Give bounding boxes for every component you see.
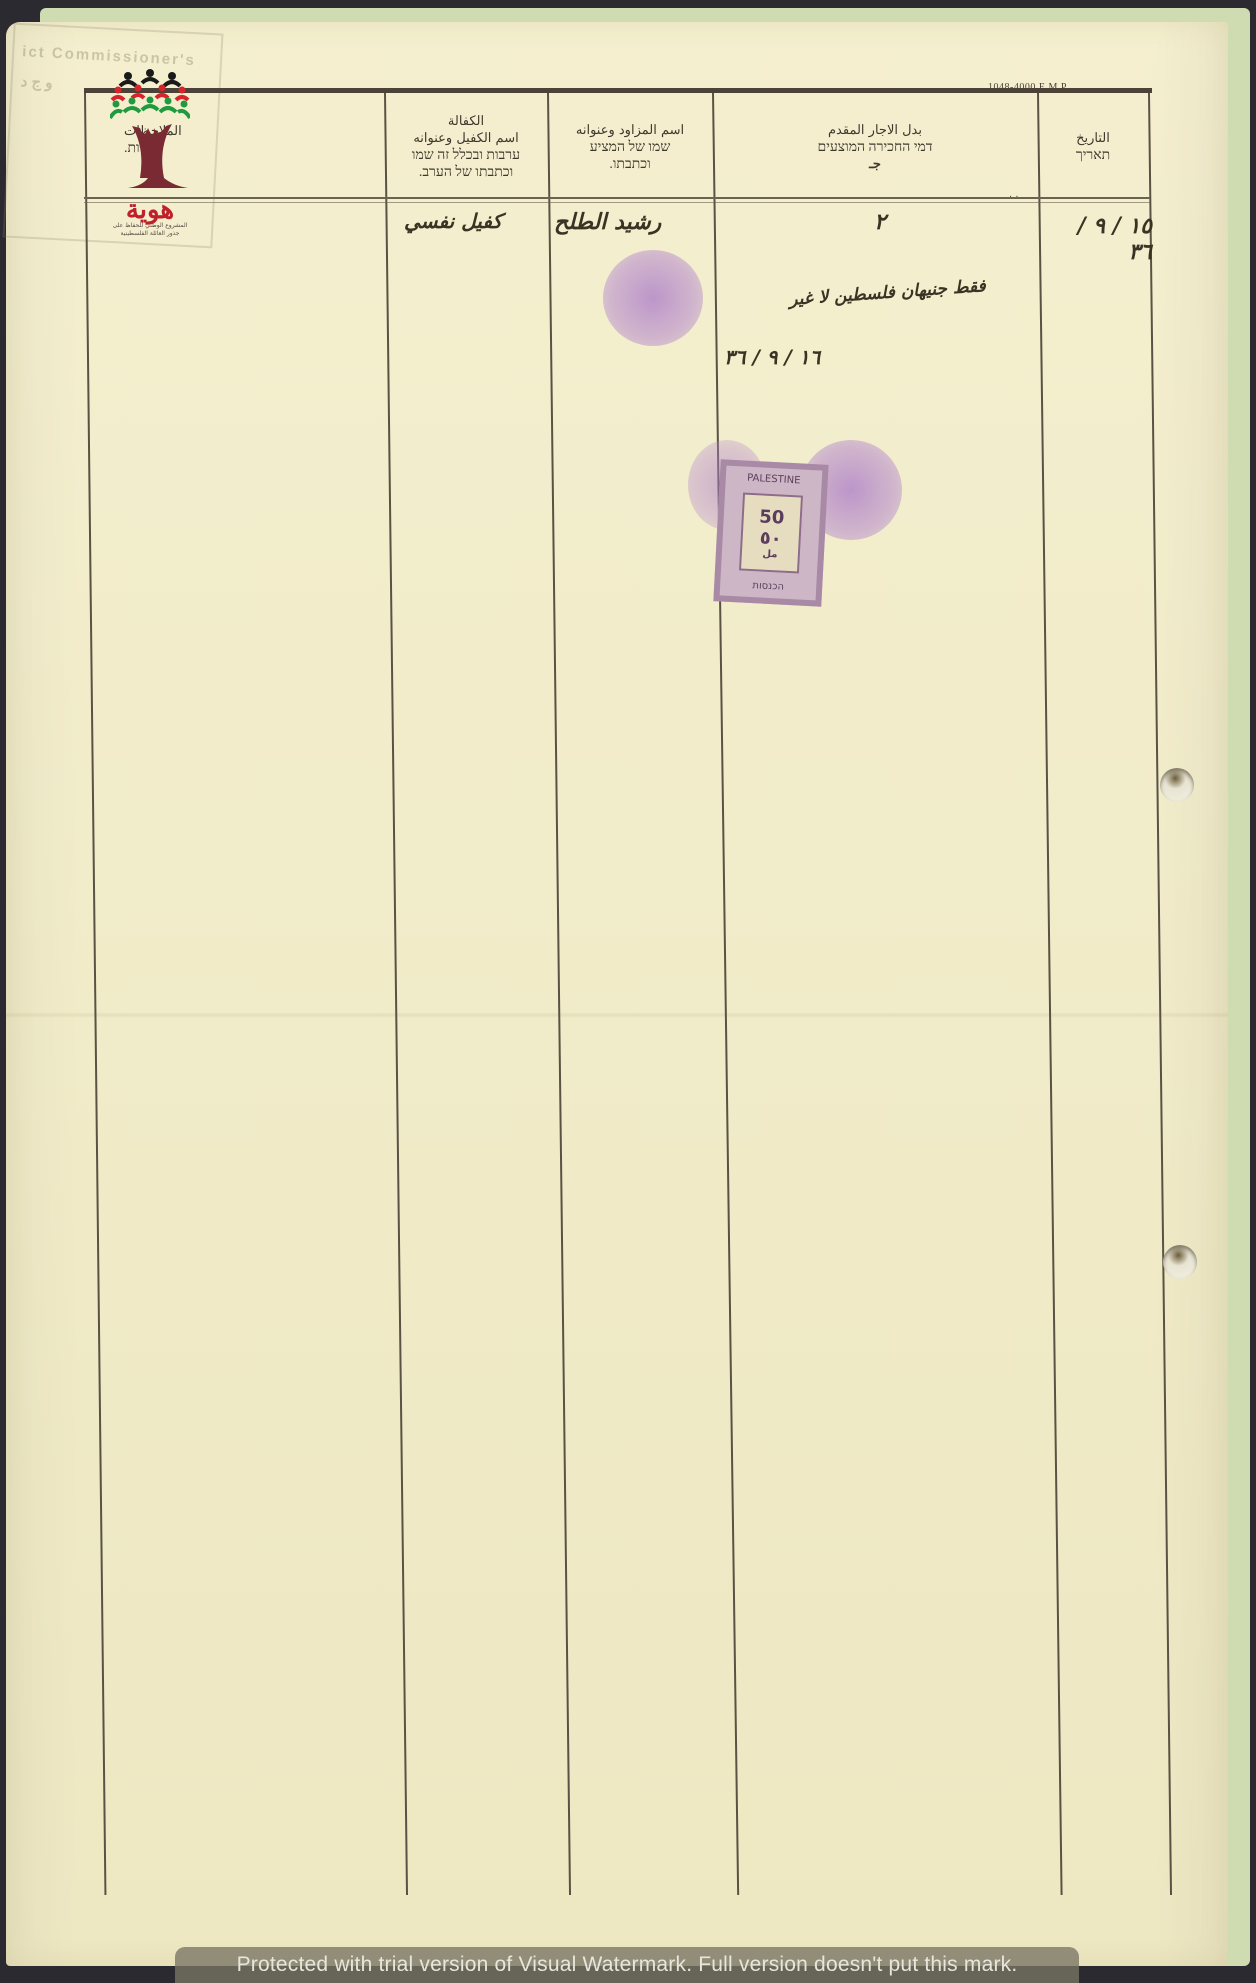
svg-text:هوية: هوية: [126, 195, 174, 225]
header-date: التاريخ תאריך: [1039, 97, 1147, 197]
tree-icon: هوية: [110, 68, 190, 228]
column-divider: [547, 93, 571, 1895]
entry-rent-in-words: فقط جنيهان فلسطين لا غير: [789, 276, 987, 310]
punch-hole: [1160, 768, 1194, 802]
revenue-stamp: PALESTINE 50 ٥٠ مل הכנסות: [713, 459, 828, 606]
entry-note-date: ١٦ / ٩ / ٣٦: [724, 345, 820, 369]
column-divider: [384, 93, 408, 1895]
header-rent: بدل الاجار المقدم דמי החכירה המוצעים جـ: [714, 97, 1036, 197]
entry-bidder: رشيد الطلح: [554, 209, 661, 235]
column-divider: [1037, 93, 1063, 1895]
tender-table: الملاحظات הערות. الكفالة اسم الكفيل وعنو…: [84, 93, 1152, 1895]
entry-date: ١٥ / ٩ / ٣٦: [1059, 213, 1152, 265]
header-bottom-rule-double: [84, 202, 1150, 203]
subunit-marks: . .: [1009, 189, 1019, 200]
revenue-stamp-value: 50 ٥٠ مل: [739, 492, 803, 573]
header-guarantee: الكفالة اسم الكفيل وعنوانه ערבות ובכלל ז…: [386, 97, 546, 197]
entry-guarantee: كفيل نفسي: [404, 209, 502, 233]
header-bottom-rule: [84, 197, 1150, 199]
official-seal: [603, 250, 703, 346]
table-border-left: [84, 93, 106, 1895]
logo-caption: المشروع الوطني للحفاظ على جذور العائلة ا…: [98, 222, 202, 238]
trial-watermark: Protected with trial version of Visual W…: [175, 1947, 1079, 1983]
entry-rent: ٢: [874, 209, 886, 235]
punch-hole: [1163, 1245, 1197, 1279]
header-bidder: اسم المزاود وعنوانه שמו של המציע וכתבתו.: [549, 97, 711, 197]
hawiya-logo: هوية: [110, 68, 190, 228]
